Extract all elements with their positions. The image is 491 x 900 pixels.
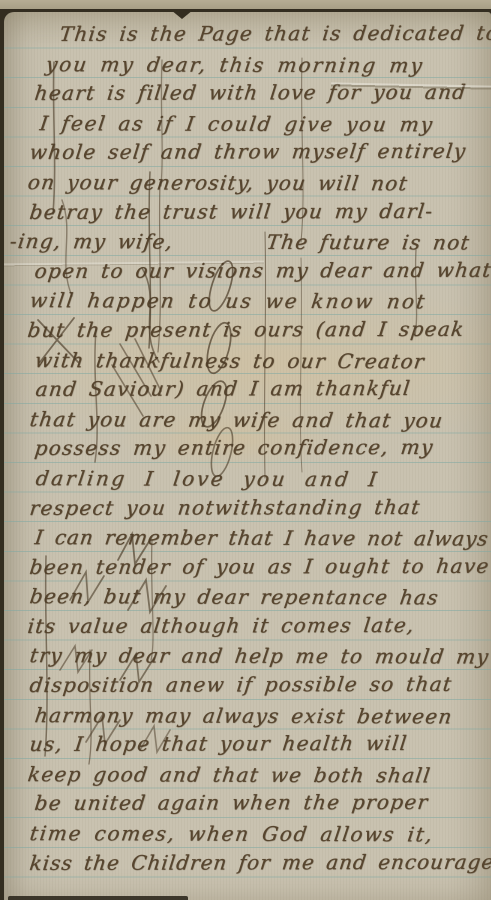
letter-line: heart is filled with love for you and <box>9 77 491 108</box>
letter-line: respect you notwithstanding that <box>4 491 491 522</box>
letter-line: its value although it comes late, <box>2 610 491 641</box>
letter-text: This is the Page that is dedicated toyou… <box>4 19 491 877</box>
letter-line: been tender of you as I ought to have <box>4 550 491 581</box>
letter-page: This is the Page that is dedicated toyou… <box>4 12 491 900</box>
paper-edge-notch <box>171 10 193 19</box>
letter-line: darling I love you and I <box>2 463 491 494</box>
letter-line: you my dear, this morning my <box>4 49 491 80</box>
letter-line: harmony may always exist between <box>9 700 491 731</box>
letter-line: time comes, when God allows it, <box>4 818 491 849</box>
letter-line: and Saviour) and I am thankful <box>4 373 491 404</box>
letter-line: been, but my dear repentance has <box>4 581 491 612</box>
letter-line: I feel as if I could give you my <box>4 108 491 139</box>
letter-line: This is the Page that is dedicated to <box>2 18 491 49</box>
letter-line: disposition anew if possible so that <box>4 669 491 700</box>
letter-line: but the present is ours (and I speak <box>2 314 491 345</box>
letter-line: betray the trust will you my darl- <box>4 195 491 226</box>
letter-line: I can remember that I have not always <box>9 522 491 553</box>
letter-line: with thankfulness to our Creator <box>9 345 491 376</box>
letter-line: keep good and that we both shall <box>2 759 491 790</box>
letter-line: kiss the Children for me and encourage <box>4 846 491 877</box>
letter-line: -ing, my wife, The future is not <box>4 226 491 257</box>
letter-line: be united again when the proper <box>9 787 491 818</box>
photo-background-strip <box>0 0 491 9</box>
letter-line: will happen to us we know not <box>4 285 491 316</box>
letter-line: us, I hope that your health will <box>4 728 491 759</box>
letter-line: whole self and throw myself entirely <box>4 136 491 167</box>
paper-bottom-edge <box>8 896 188 900</box>
letter-photo: This is the Page that is dedicated toyou… <box>0 0 491 900</box>
letter-line: open to our visions my dear and what <box>9 254 491 285</box>
letter-line: possess my entire confidence, my <box>9 432 491 463</box>
letter-line: try my dear and help me to mould my <box>4 640 491 671</box>
letter-line: on your generosity, you will not <box>2 167 491 198</box>
letter-line: that you are my wife and that you <box>4 404 491 435</box>
